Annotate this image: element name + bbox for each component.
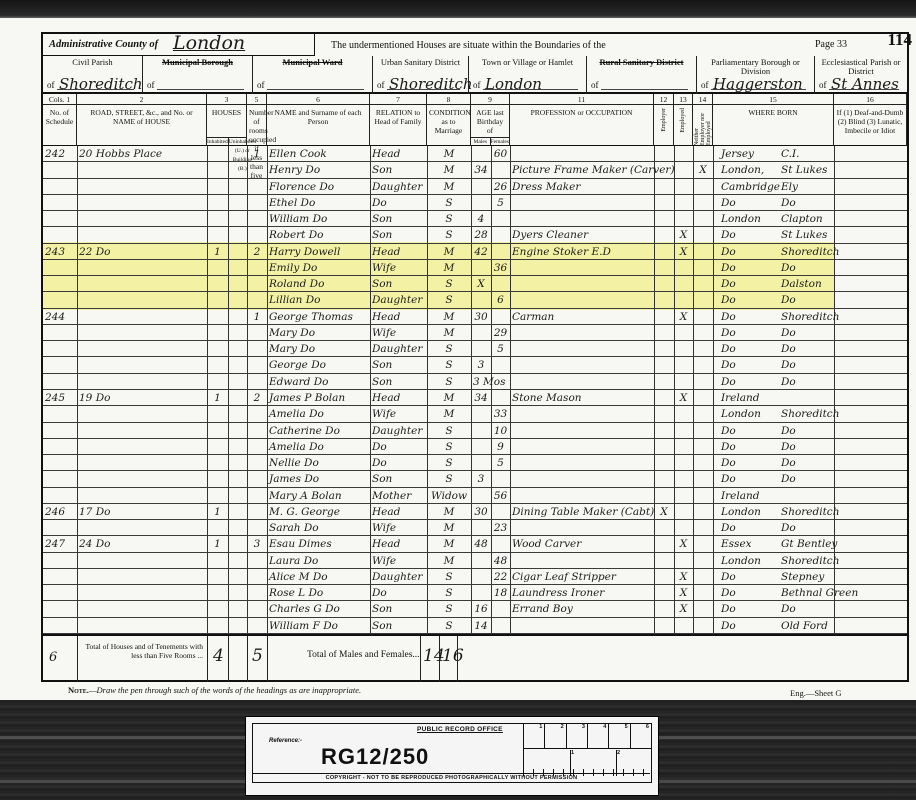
- cell-occupation: [512, 488, 652, 504]
- cell-age-f: [493, 227, 508, 243]
- cell-occupation: Dyers Cleaner: [512, 227, 652, 243]
- of-label: of: [257, 80, 265, 90]
- cell-employed: [676, 357, 691, 373]
- cell-name: Florence Do: [269, 179, 368, 195]
- column-header: 16If (1) Deaf-and-Dumb (2) Blind (3) Lun…: [834, 94, 907, 146]
- cell-age-m: 16: [473, 601, 489, 617]
- cell-relation: Son: [372, 162, 425, 178]
- cell-employed: [676, 520, 691, 536]
- cell-born-place: Jersey: [721, 146, 781, 162]
- cell-employer: [656, 325, 672, 341]
- cell-age-m: [473, 146, 489, 162]
- district-fields: Civil ParishofShoreditchMunicipal Boroug…: [43, 56, 907, 94]
- cell-employed: [676, 439, 691, 455]
- cell-age-m: 3: [473, 471, 489, 487]
- cell-employed: [676, 455, 691, 471]
- census-row: Mary A BolanMotherWidow56Ireland: [43, 488, 907, 504]
- cell-born-parish: St Lukes: [781, 162, 841, 178]
- cell-age-m: [473, 341, 489, 357]
- column-header: Cols. 1No. of Schedule: [43, 94, 77, 146]
- cell-address: [79, 179, 205, 195]
- cell-age-f: [493, 211, 508, 227]
- cell-employed: [676, 179, 691, 195]
- cell-age-m: [473, 195, 489, 211]
- census-row: Henry DoSonM34Picture Frame Maker (Carve…: [43, 162, 907, 178]
- cell-employer: [656, 601, 672, 617]
- cell-employed: X: [676, 227, 691, 243]
- cell-occupation: Engine Stoker E.D: [512, 244, 652, 260]
- cell-age-f: 5: [493, 195, 508, 211]
- cell-uninhab: [230, 536, 245, 552]
- cell-relation: Daughter: [372, 292, 425, 308]
- cell-condition: S: [429, 601, 469, 617]
- district-field-value: Haggerston: [713, 75, 803, 93]
- cell-condition: M: [429, 260, 469, 276]
- cell-employer: [656, 390, 672, 406]
- cell-employer: X: [656, 504, 672, 520]
- cell-relation: Son: [372, 276, 425, 292]
- cell-uninhab: [230, 227, 245, 243]
- cell-address: [79, 162, 205, 178]
- district-field-label: Municipal Borough: [143, 58, 252, 67]
- cell-born-parish: Do: [781, 357, 841, 373]
- cell-neither: [695, 601, 711, 617]
- cell-inhab: [209, 195, 226, 211]
- cell-condition: M: [429, 520, 469, 536]
- males-females-label: Total of Males and Females...: [307, 650, 420, 660]
- cell-name: Mary Do: [269, 325, 368, 341]
- cell-rooms: [249, 569, 265, 585]
- cell-employer: [656, 260, 672, 276]
- cell-rooms: [249, 341, 265, 357]
- cell-age-f: 9: [493, 439, 508, 455]
- rooms-total: 5: [252, 646, 263, 666]
- cell-name: Harry Dowell: [269, 244, 368, 260]
- cell-employed: [676, 325, 691, 341]
- cell-relation: Son: [372, 374, 425, 390]
- cell-born-place: Do: [721, 601, 781, 617]
- cell-born-parish: Do: [781, 601, 841, 617]
- cell-employer: [656, 374, 672, 390]
- cell-age-f: 5: [493, 341, 508, 357]
- cell-address: [79, 227, 205, 243]
- cell-inhab: [209, 585, 226, 601]
- cell-condition: M: [429, 390, 469, 406]
- cell-rooms: [249, 439, 265, 455]
- cell-age-m: 30: [473, 309, 489, 325]
- cell-rooms: [249, 276, 265, 292]
- cell-address: [79, 585, 205, 601]
- cell-address: [79, 439, 205, 455]
- cell-born-place: Do: [721, 569, 781, 585]
- cell-age-m: 28: [473, 227, 489, 243]
- cell-schedule: [45, 357, 75, 373]
- column-headers: Cols. 1No. of Schedule2ROAD, STREET, &c.…: [43, 94, 907, 146]
- cell-age-f: 22: [493, 569, 508, 585]
- cell-condition: M: [429, 309, 469, 325]
- cell-born-place: Do: [721, 309, 781, 325]
- cell-occupation: Errand Boy: [512, 601, 652, 617]
- cell-inhab: [209, 569, 226, 585]
- cell-born-place: Cambridge: [721, 179, 781, 195]
- cell-uninhab: [230, 211, 245, 227]
- census-row: Amelia DoWifeM33LondonShoreditch: [43, 406, 907, 422]
- cell-relation: Wife: [372, 406, 425, 422]
- cell-age-m: 34: [473, 162, 489, 178]
- cell-neither: [695, 292, 711, 308]
- cell-rooms: 1: [249, 309, 265, 325]
- census-row: William DoSonS4LondonClapton: [43, 211, 907, 227]
- cell-name: Amelia Do: [269, 439, 368, 455]
- cell-schedule: [45, 553, 75, 569]
- cell-name: Mary Do: [269, 341, 368, 357]
- cell-born-parish: Do: [781, 260, 841, 276]
- cell-condition: S: [429, 423, 469, 439]
- column-header: 5Number of rooms occupied if less than f…: [247, 94, 267, 146]
- district-field: Rural Sanitary Districtof: [587, 56, 697, 94]
- column-header: 14Neither Employer nor Employed: [693, 94, 713, 146]
- cell-condition: M: [429, 504, 469, 520]
- census-row: James DoSonS3DoDo: [43, 471, 907, 487]
- census-row: 24322 Do12Harry DowellHeadM42Engine Stok…: [43, 244, 907, 260]
- cell-relation: Wife: [372, 520, 425, 536]
- cell-rooms: [249, 195, 265, 211]
- cell-employed: [676, 292, 691, 308]
- cell-address: 20 Hobbs Place: [79, 146, 205, 162]
- cell-name: George Thomas: [269, 309, 368, 325]
- cell-condition: S: [429, 195, 469, 211]
- cell-address: [79, 601, 205, 617]
- cell-rooms: [249, 423, 265, 439]
- cell-schedule: 247: [45, 536, 75, 552]
- cell-uninhab: [230, 618, 245, 634]
- cell-schedule: [45, 601, 75, 617]
- cell-employer: [656, 439, 672, 455]
- cell-age-m: [473, 520, 489, 536]
- cell-name: Mary A Bolan: [269, 488, 368, 504]
- cell-age-m: [473, 439, 489, 455]
- cell-condition: S: [429, 585, 469, 601]
- cell-neither: X: [695, 162, 711, 178]
- column-header: 8CONDITION as to Marriage: [427, 94, 471, 146]
- cell-neither: [695, 211, 711, 227]
- cell-age-m: [473, 569, 489, 585]
- district-field-label: Parliamentary Borough or Division: [697, 58, 814, 76]
- cell-condition: S: [429, 471, 469, 487]
- census-row: Lillian DoDaughterS6DoDo: [43, 292, 907, 308]
- cell-employed: [676, 618, 691, 634]
- cell-employed: [676, 260, 691, 276]
- cell-schedule: [45, 455, 75, 471]
- cell-schedule: [45, 520, 75, 536]
- cell-uninhab: [230, 569, 245, 585]
- district-field: Town or Village or HamletofLondon: [469, 56, 587, 94]
- cell-name: Laura Do: [269, 553, 368, 569]
- cell-born-place: Do: [721, 618, 781, 634]
- cell-inhab: [209, 292, 226, 308]
- cell-age-f: 36: [493, 260, 508, 276]
- cell-address: [79, 520, 205, 536]
- cell-condition: S: [429, 374, 469, 390]
- district-field: Municipal Boroughof: [143, 56, 253, 94]
- cell-rooms: 2: [249, 390, 265, 406]
- cell-inhab: [209, 146, 226, 162]
- cell-born-parish: Shoreditch: [781, 309, 841, 325]
- census-row: Ethel DoDoS5DoDo: [43, 195, 907, 211]
- cell-employed: [676, 553, 691, 569]
- cell-relation: Daughter: [372, 423, 425, 439]
- admin-county-value: London: [173, 32, 245, 54]
- cell-neither: [695, 374, 711, 390]
- cell-relation: Head: [372, 146, 425, 162]
- cell-schedule: [45, 341, 75, 357]
- cell-relation: Head: [372, 536, 425, 552]
- cell-neither: [695, 357, 711, 373]
- district-field-label: Urban Sanitary District: [373, 58, 468, 67]
- cell-schedule: [45, 162, 75, 178]
- cell-born-place: Do: [721, 374, 781, 390]
- cell-schedule: [45, 227, 75, 243]
- cell-occupation: Picture Frame Maker (Carver): [512, 162, 652, 178]
- cell-occupation: [512, 195, 652, 211]
- cell-born-place: London: [721, 211, 781, 227]
- cell-rooms: [249, 471, 265, 487]
- cell-born-parish: Do: [781, 325, 841, 341]
- cell-condition: M: [429, 162, 469, 178]
- cell-relation: Wife: [372, 325, 425, 341]
- cell-uninhab: [230, 244, 245, 260]
- office-name: PUBLIC RECORD OFFICE: [417, 726, 503, 733]
- cell-name: Robert Do: [269, 227, 368, 243]
- cell-name: M. G. George: [269, 504, 368, 520]
- cell-age-f: [493, 471, 508, 487]
- cell-name: Rose L Do: [269, 585, 368, 601]
- cell-neither: [695, 260, 711, 276]
- cell-employed: X: [676, 536, 691, 552]
- cell-age-f: 23: [493, 520, 508, 536]
- cell-condition: S: [429, 439, 469, 455]
- cell-condition: S: [429, 227, 469, 243]
- cell-age-f: 56: [493, 488, 508, 504]
- cell-employer: [656, 618, 672, 634]
- cell-occupation: [512, 471, 652, 487]
- cell-employed: [676, 195, 691, 211]
- cell-age-m: [473, 488, 489, 504]
- cell-employer: [656, 244, 672, 260]
- cell-name: William Do: [269, 211, 368, 227]
- district-field: Civil ParishofShoreditch: [43, 56, 143, 94]
- cell-born-parish: Do: [781, 374, 841, 390]
- cell-rooms: [249, 292, 265, 308]
- cell-born-parish: Do: [781, 439, 841, 455]
- cell-employer: [656, 195, 672, 211]
- census-row: Charles G DoSonS16Errand BoyXDoDo: [43, 601, 907, 617]
- cell-employer: [656, 520, 672, 536]
- cell-employed: [676, 488, 691, 504]
- reference-code: RG12/250: [321, 744, 429, 770]
- cell-born-parish: Dalston: [781, 276, 841, 292]
- cell-inhab: [209, 260, 226, 276]
- cell-age-f: [493, 504, 508, 520]
- cell-address: [79, 423, 205, 439]
- cell-schedule: 245: [45, 390, 75, 406]
- cell-born-place: Do: [721, 244, 781, 260]
- cell-neither: [695, 325, 711, 341]
- cell-schedule: [45, 423, 75, 439]
- cell-inhab: [209, 309, 226, 325]
- cell-rooms: [249, 325, 265, 341]
- census-row: 24519 Do12James P BolanHeadM34Stone Maso…: [43, 390, 907, 406]
- females-total: 16: [442, 646, 464, 666]
- cell-occupation: [512, 260, 652, 276]
- cell-born-parish: C.I.: [781, 146, 841, 162]
- houses-total-label: Total of Houses and of Tenements with le…: [83, 642, 203, 660]
- cell-born-place: Do: [721, 276, 781, 292]
- cell-age-f: 33: [493, 406, 508, 422]
- cell-born-parish: Clapton: [781, 211, 841, 227]
- cell-born-parish: Bethnal Green: [781, 585, 841, 601]
- cell-employer: [656, 423, 672, 439]
- cell-neither: [695, 341, 711, 357]
- cell-employer: [656, 309, 672, 325]
- cell-uninhab: [230, 488, 245, 504]
- cell-condition: S: [429, 455, 469, 471]
- cell-age-m: 3: [473, 357, 489, 373]
- cell-uninhab: [230, 406, 245, 422]
- cell-uninhab: [230, 341, 245, 357]
- cell-employed: [676, 162, 691, 178]
- district-field-label: Rural Sanitary District: [587, 58, 696, 67]
- cell-inhab: [209, 439, 226, 455]
- cell-schedule: [45, 618, 75, 634]
- cell-name: William F Do: [269, 618, 368, 634]
- cell-born-parish: Gt Bentley: [781, 536, 841, 552]
- cell-schedule: [45, 276, 75, 292]
- cell-age-f: [493, 618, 508, 634]
- district-field-label: Municipal Ward: [253, 58, 372, 67]
- cell-rooms: [249, 260, 265, 276]
- cell-relation: Daughter: [372, 569, 425, 585]
- cell-age-m: [473, 423, 489, 439]
- cell-age-m: [473, 325, 489, 341]
- cell-born-parish: Stepney: [781, 569, 841, 585]
- census-row: Sarah DoWifeM23DoDo: [43, 520, 907, 536]
- cell-name: Nellie Do: [269, 455, 368, 471]
- cell-born-parish: Do: [781, 455, 841, 471]
- cell-born-place: Do: [721, 455, 781, 471]
- cell-name: Ellen Cook: [269, 146, 368, 162]
- cell-uninhab: [230, 195, 245, 211]
- cell-schedule: [45, 374, 75, 390]
- cell-inhab: [209, 357, 226, 373]
- cell-address: [79, 618, 205, 634]
- census-row: Mary DoWifeM29DoDo: [43, 325, 907, 341]
- cell-born-place: Essex: [721, 536, 781, 552]
- cell-employed: [676, 341, 691, 357]
- cell-born-parish: Ely: [781, 179, 841, 195]
- cell-age-f: 5: [493, 455, 508, 471]
- schedules-count: 6: [49, 650, 57, 665]
- cell-employed: [676, 276, 691, 292]
- of-label: of: [819, 80, 827, 90]
- census-row: Roland DoSonSXDoDalston: [43, 276, 907, 292]
- cell-uninhab: [230, 585, 245, 601]
- district-field-label: Civil Parish: [43, 58, 142, 67]
- cell-age-f: [493, 244, 508, 260]
- cell-address: 24 Do: [79, 536, 205, 552]
- cell-address: [79, 488, 205, 504]
- census-row: Emily DoWifeM36DoDo: [43, 260, 907, 276]
- cell-neither: [695, 618, 711, 634]
- cell-address: [79, 569, 205, 585]
- cell-uninhab: [230, 276, 245, 292]
- cell-schedule: [45, 471, 75, 487]
- cell-employed: [676, 471, 691, 487]
- district-field-value: London: [485, 75, 542, 93]
- of-label: of: [701, 80, 709, 90]
- cell-age-f: 10: [493, 423, 508, 439]
- cell-relation: Do: [372, 439, 425, 455]
- cell-employed: [676, 374, 691, 390]
- cell-uninhab: [230, 423, 245, 439]
- cell-age-m: 42: [473, 244, 489, 260]
- cell-born-place: Do: [721, 325, 781, 341]
- cell-name: Alice M Do: [269, 569, 368, 585]
- cell-address: 22 Do: [79, 244, 205, 260]
- public-record-office-stamp: PUBLIC RECORD OFFICE Reference:- RG12/25…: [245, 716, 659, 796]
- cell-schedule: [45, 211, 75, 227]
- column-header: 3HOUSESInhabitedUninhabited (U.) or Buil…: [207, 94, 247, 146]
- of-label: of: [591, 80, 599, 90]
- cell-inhab: 1: [209, 390, 226, 406]
- of-label: of: [473, 80, 481, 90]
- census-form: Administrative County of London The unde…: [41, 32, 909, 682]
- page-label: Page 33: [815, 39, 847, 50]
- cell-schedule: 246: [45, 504, 75, 520]
- cell-born-place: Do: [721, 260, 781, 276]
- cell-address: [79, 195, 205, 211]
- cell-age-f: [493, 276, 508, 292]
- cell-born-parish: Do: [781, 195, 841, 211]
- cell-uninhab: [230, 601, 245, 617]
- cell-rooms: [249, 455, 265, 471]
- census-row: William F DoSonS14DoOld Ford: [43, 618, 907, 634]
- cell-uninhab: [230, 309, 245, 325]
- cell-rooms: 2: [249, 244, 265, 260]
- cell-born-parish: Old Ford: [781, 618, 841, 634]
- cell-condition: S: [429, 276, 469, 292]
- cell-neither: [695, 423, 711, 439]
- cell-occupation: [512, 455, 652, 471]
- cell-born-parish: Do: [781, 341, 841, 357]
- cell-neither: [695, 553, 711, 569]
- cell-rooms: [249, 585, 265, 601]
- cell-inhab: [209, 520, 226, 536]
- cell-employer: [656, 471, 672, 487]
- cell-born-place: Do: [721, 227, 781, 243]
- cell-relation: Son: [372, 471, 425, 487]
- cell-age-m: [473, 585, 489, 601]
- cell-employed: [676, 406, 691, 422]
- cell-neither: [695, 276, 711, 292]
- cell-address: [79, 260, 205, 276]
- cell-age-m: [473, 260, 489, 276]
- cell-occupation: [512, 439, 652, 455]
- cell-age-m: 4: [473, 211, 489, 227]
- cell-occupation: [512, 292, 652, 308]
- cell-uninhab: [230, 292, 245, 308]
- cell-occupation: Laundress Ironer: [512, 585, 652, 601]
